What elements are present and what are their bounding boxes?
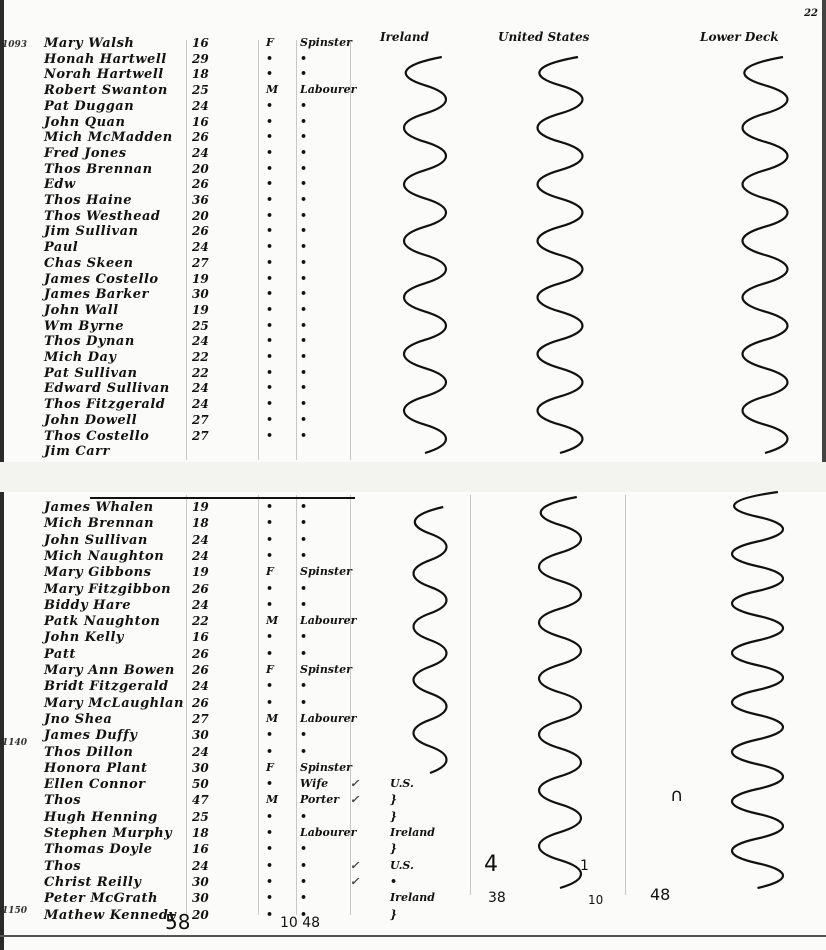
passenger-age: 24	[192, 99, 209, 113]
passenger-occupation: •	[300, 891, 307, 904]
total-sex: 10 48	[280, 915, 320, 931]
passenger-sex: F	[266, 36, 274, 49]
passenger-name: Patt	[44, 647, 76, 662]
passenger-occupation: •	[300, 745, 307, 758]
passenger-sex: •	[266, 67, 273, 80]
passenger-age: 30	[192, 875, 209, 889]
passenger-occupation: •	[300, 177, 307, 190]
check-mark: ✓	[350, 875, 359, 888]
manifest-page: 22 Ireland United States Lower Deck 1093…	[0, 0, 826, 950]
passenger-name: Mathew Kennedy	[44, 908, 176, 923]
passenger-occupation: •	[300, 334, 307, 347]
passenger-occupation: •	[300, 52, 307, 65]
country-destination: Ireland	[390, 826, 435, 839]
passenger-sex: •	[266, 413, 273, 426]
passenger-age: 24	[192, 549, 209, 563]
passenger-age: 24	[192, 533, 209, 547]
ditto-wave-ireland-top	[380, 55, 470, 460]
passenger-sex: M	[266, 712, 278, 725]
passenger-name: John Sullivan	[44, 533, 148, 548]
country-destination: }	[390, 793, 397, 806]
passenger-name: Biddy Hare	[44, 598, 131, 613]
passenger-name: Thos Westhead	[44, 209, 161, 224]
ditto-wave-lowerdeck-top	[720, 55, 810, 460]
passenger-occupation: •	[300, 319, 307, 332]
passenger-sex: •	[266, 366, 273, 379]
passenger-occupation: •	[300, 516, 307, 529]
passenger-occupation: Spinster	[300, 663, 352, 676]
passenger-occupation: •	[300, 366, 307, 379]
ditto-wave-ireland-bottom	[395, 505, 465, 785]
passenger-name: Edw	[44, 177, 76, 192]
passenger-occupation: Spinster	[300, 36, 352, 49]
passenger-occupation: •	[300, 193, 307, 206]
passenger-name: Mich Day	[44, 350, 116, 365]
passenger-age: 30	[192, 761, 209, 775]
passenger-age: 26	[192, 647, 209, 661]
passenger-name: Mary Walsh	[44, 36, 134, 51]
passenger-age: 24	[192, 745, 209, 759]
country-destination: •	[390, 875, 397, 888]
passenger-age: 36	[192, 193, 209, 207]
passenger-age: 30	[192, 287, 209, 301]
passenger-sex: •	[266, 891, 273, 904]
passenger-occupation: •	[300, 875, 307, 888]
passenger-age: 47	[192, 793, 209, 807]
passenger-name: Paul	[44, 240, 78, 255]
passenger-occupation: Porter	[300, 793, 339, 806]
passenger-sex: •	[266, 52, 273, 65]
passenger-name: Peter McGrath	[44, 891, 158, 906]
passenger-occupation: •	[300, 728, 307, 741]
passenger-age: 30	[192, 891, 209, 905]
passenger-age: 22	[192, 350, 209, 364]
passenger-name: Thos Dillon	[44, 745, 133, 760]
passenger-name: Mary Gibbons	[44, 565, 151, 580]
passenger-age: 19	[192, 500, 209, 514]
passenger-name: Thos Costello	[44, 429, 149, 444]
passenger-sex: •	[266, 146, 273, 159]
passenger-occupation: Labourer	[300, 826, 356, 839]
passenger-occupation: •	[300, 303, 307, 316]
passenger-sex: •	[266, 745, 273, 758]
passenger-sex: •	[266, 397, 273, 410]
passenger-name: Pat Sullivan	[44, 366, 137, 381]
passenger-age: 24	[192, 240, 209, 254]
passenger-occupation: •	[300, 842, 307, 855]
passenger-sex: •	[266, 350, 273, 363]
passenger-sex: •	[266, 272, 273, 285]
passenger-occupation: Labourer	[300, 83, 356, 96]
passenger-age: 26	[192, 663, 209, 677]
passenger-sex: •	[266, 287, 273, 300]
passenger-sex: •	[266, 162, 273, 175]
passenger-name: Wm Byrne	[44, 319, 124, 334]
passenger-name: Mich McMadden	[44, 130, 173, 145]
passenger-sex: •	[266, 115, 273, 128]
passenger-age: 26	[192, 582, 209, 596]
passenger-occupation: •	[300, 162, 307, 175]
passenger-occupation: Labourer	[300, 614, 356, 627]
passenger-sex: •	[266, 842, 273, 855]
passenger-occupation: •	[300, 256, 307, 269]
passenger-name: Fred Jones	[44, 146, 127, 161]
country-destination: Ireland	[390, 891, 435, 904]
passenger-age: 18	[192, 826, 209, 840]
passenger-occupation: •	[300, 224, 307, 237]
passenger-sex: •	[266, 516, 273, 529]
passenger-name: Stephen Murphy	[44, 826, 172, 841]
passenger-name: James Duffy	[44, 728, 137, 743]
passenger-name: Jno Shea	[44, 712, 112, 727]
passenger-age: 16	[192, 842, 209, 856]
passenger-sex: F	[266, 565, 274, 578]
passenger-age: 24	[192, 679, 209, 693]
passenger-age: 18	[192, 516, 209, 530]
passenger-name: John Kelly	[44, 630, 124, 645]
passenger-name: James Costello	[44, 272, 159, 287]
passenger-sex: M	[266, 83, 278, 96]
passenger-occupation: •	[300, 413, 307, 426]
passenger-name: Jim Carr	[44, 444, 110, 459]
passenger-age: 24	[192, 334, 209, 348]
ditto-wave-us-top	[515, 55, 605, 460]
passenger-sex: •	[266, 810, 273, 823]
passenger-age: 24	[192, 146, 209, 160]
passenger-sex: •	[266, 177, 273, 190]
passenger-age: 19	[192, 272, 209, 286]
passenger-name: Pat Duggan	[44, 99, 134, 114]
passenger-sex: •	[266, 859, 273, 872]
passenger-occupation: •	[300, 696, 307, 709]
passenger-sex: M	[266, 614, 278, 627]
passenger-sex: •	[266, 630, 273, 643]
passenger-occupation: •	[300, 500, 307, 513]
passenger-name: Chas Skeen	[44, 256, 133, 271]
passenger-sex: •	[266, 826, 273, 839]
passenger-occupation: •	[300, 429, 307, 442]
passenger-name: James Whalen	[44, 500, 154, 515]
passenger-sex: •	[266, 193, 273, 206]
passenger-age: 26	[192, 130, 209, 144]
passenger-age: 24	[192, 598, 209, 612]
passenger-name: John Dowell	[44, 413, 137, 428]
passenger-age: 20	[192, 162, 209, 176]
passenger-name: John Quan	[44, 115, 125, 130]
passenger-age: 30	[192, 728, 209, 742]
passenger-sex: •	[266, 696, 273, 709]
check-mark: ✓	[350, 793, 359, 806]
passenger-age: 20	[192, 209, 209, 223]
passenger-occupation: •	[300, 287, 307, 300]
passenger-sex: F	[266, 761, 274, 774]
passenger-name: Thos Haine	[44, 193, 132, 208]
passenger-age: 22	[192, 366, 209, 380]
tally-four: 4	[484, 852, 498, 877]
passenger-name: Ellen Connor	[44, 777, 145, 792]
passenger-age: 26	[192, 177, 209, 191]
passenger-age: 25	[192, 319, 209, 333]
manifest-entry-row: Mathew Kennedy20••}	[0, 908, 826, 927]
passenger-name: Norah Hartwell	[44, 67, 164, 82]
check-mark: ✓	[350, 777, 359, 790]
country-destination: }	[390, 810, 397, 823]
passenger-sex: •	[266, 908, 273, 921]
passenger-name: James Barker	[44, 287, 149, 302]
passenger-age: 19	[192, 565, 209, 579]
passenger-age: 26	[192, 224, 209, 238]
passenger-occupation: •	[300, 582, 307, 595]
passenger-sex: •	[266, 728, 273, 741]
passenger-sex: •	[266, 429, 273, 442]
passenger-occupation: •	[300, 549, 307, 562]
passenger-name: Jim Sullivan	[44, 224, 138, 239]
passenger-occupation: •	[300, 99, 307, 112]
passenger-sex: •	[266, 99, 273, 112]
passenger-occupation: •	[300, 67, 307, 80]
passenger-age: 16	[192, 36, 209, 50]
passenger-name: Thomas Doyle	[44, 842, 153, 857]
passenger-sex: •	[266, 130, 273, 143]
passenger-name: Thos Dynan	[44, 334, 135, 349]
stray-mark: ∩	[670, 785, 683, 806]
passenger-age: 25	[192, 83, 209, 97]
passenger-sex: •	[266, 777, 273, 790]
passenger-sex: •	[266, 647, 273, 660]
passenger-name: Thos	[44, 793, 81, 808]
passenger-sex: •	[266, 381, 273, 394]
passenger-age: 22	[192, 614, 209, 628]
country-destination: U.S.	[390, 859, 414, 872]
passenger-name: Mich Naughton	[44, 549, 164, 564]
passenger-sex: •	[266, 598, 273, 611]
passenger-name: Honah Hartwell	[44, 52, 167, 67]
passenger-name: Mary Fitzgibbon	[44, 582, 171, 597]
total-names: 58	[165, 910, 190, 934]
passenger-name: Thos Brennan	[44, 162, 153, 177]
passenger-name: Thos	[44, 859, 81, 874]
passenger-age: 16	[192, 630, 209, 644]
tally-lower-deck-48: 48	[650, 885, 670, 904]
passenger-occupation: Spinster	[300, 565, 352, 578]
passenger-occupation: •	[300, 209, 307, 222]
passenger-age: 27	[192, 413, 209, 427]
passenger-occupation: •	[300, 533, 307, 546]
passenger-sex: •	[266, 319, 273, 332]
passenger-sex: •	[266, 334, 273, 347]
tally-38: 38	[488, 890, 506, 906]
passenger-sex: •	[266, 679, 273, 692]
passenger-sex: •	[266, 875, 273, 888]
passenger-age: 24	[192, 381, 209, 395]
passenger-sex: •	[266, 500, 273, 513]
passenger-age: 16	[192, 115, 209, 129]
passenger-sex: •	[266, 533, 273, 546]
passenger-age: 29	[192, 52, 209, 66]
passenger-occupation: •	[300, 810, 307, 823]
passenger-name: Honora Plant	[44, 761, 147, 776]
passenger-occupation: •	[300, 647, 307, 660]
passenger-age: 27	[192, 712, 209, 726]
passenger-occupation: Labourer	[300, 712, 356, 725]
passenger-name: John Wall	[44, 303, 119, 318]
passenger-occupation: •	[300, 130, 307, 143]
passenger-sex: •	[266, 303, 273, 316]
passenger-age: 27	[192, 256, 209, 270]
passenger-occupation: •	[300, 146, 307, 159]
passenger-age: 27	[192, 429, 209, 443]
passenger-occupation: Wife	[300, 777, 328, 790]
passenger-occupation: Spinster	[300, 761, 352, 774]
passenger-sex: •	[266, 549, 273, 562]
passenger-occupation: •	[300, 272, 307, 285]
passenger-sex: •	[266, 224, 273, 237]
passenger-occupation: •	[300, 115, 307, 128]
ditto-wave-us-bottom	[520, 495, 600, 895]
passenger-occupation: •	[300, 397, 307, 410]
check-mark: ✓	[350, 859, 359, 872]
country-destination: }	[390, 908, 397, 921]
passenger-occupation: •	[300, 598, 307, 611]
passenger-name: Mary McLaughlan	[44, 696, 184, 711]
passenger-occupation: •	[300, 381, 307, 394]
passenger-name: Robert Swanton	[44, 83, 168, 98]
passenger-sex: •	[266, 582, 273, 595]
passenger-sex: •	[266, 256, 273, 269]
passenger-age: 19	[192, 303, 209, 317]
passenger-age: 50	[192, 777, 209, 791]
passenger-occupation: •	[300, 679, 307, 692]
passenger-name: Patk Naughton	[44, 614, 160, 629]
passenger-name: Mich Brennan	[44, 516, 154, 531]
passenger-age: 24	[192, 397, 209, 411]
passenger-age: 26	[192, 696, 209, 710]
ditto-wave-lowerdeck-bottom	[710, 490, 805, 895]
passenger-occupation: •	[300, 240, 307, 253]
passenger-occupation: •	[300, 350, 307, 363]
passenger-sex: •	[266, 209, 273, 222]
passenger-age: 18	[192, 67, 209, 81]
passenger-age: 24	[192, 859, 209, 873]
passenger-occupation: •	[300, 859, 307, 872]
tally-one: 1	[580, 858, 589, 874]
passenger-name: Mary Ann Bowen	[44, 663, 175, 678]
page-bottom-rule	[0, 935, 826, 937]
passenger-sex: M	[266, 793, 278, 806]
country-destination: }	[390, 842, 397, 855]
passenger-sex: •	[266, 240, 273, 253]
tally-10: 10	[588, 893, 603, 907]
passenger-occupation: •	[300, 630, 307, 643]
passenger-sex: F	[266, 663, 274, 676]
passenger-age: 20	[192, 908, 209, 922]
passenger-name: Thos Fitzgerald	[44, 397, 165, 412]
passenger-name: Hugh Henning	[44, 810, 158, 825]
passenger-age: 25	[192, 810, 209, 824]
passenger-name: Christ Reilly	[44, 875, 141, 890]
passenger-name: Bridt Fitzgerald	[44, 679, 169, 694]
passenger-name: Edward Sullivan	[44, 381, 170, 396]
